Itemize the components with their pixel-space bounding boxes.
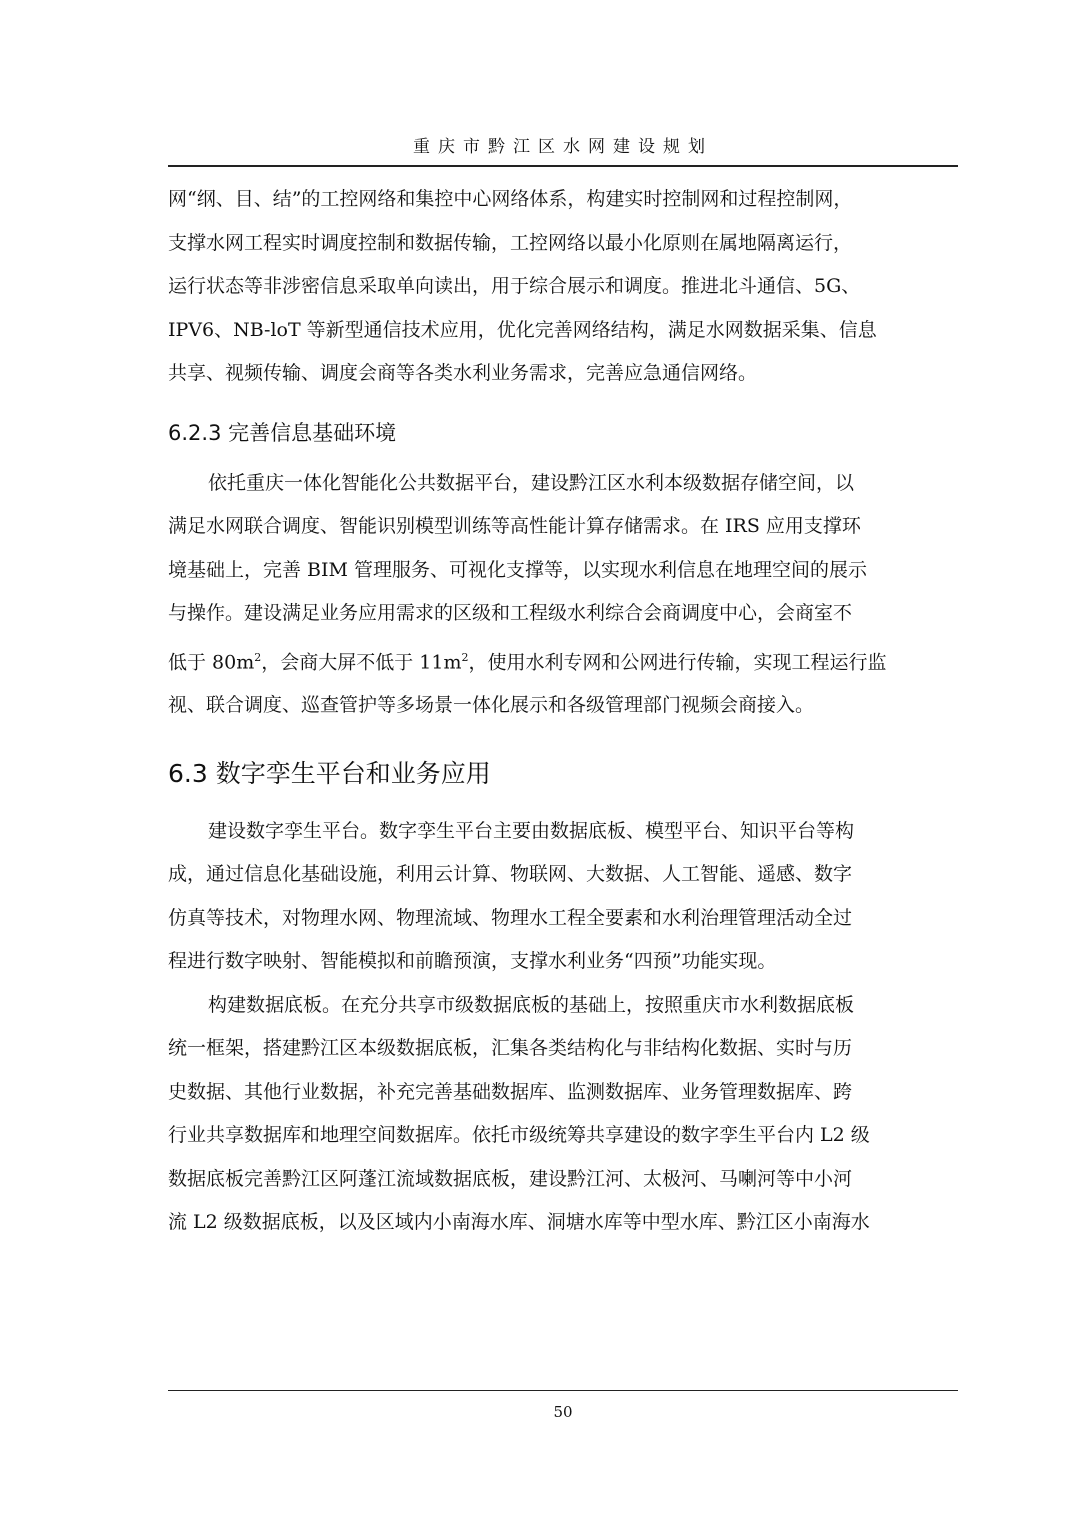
- text-line: 统一框架，搭建黔江区本级数据底板，汇集各类结构化与非结构化数据、实时与历: [168, 1027, 958, 1071]
- text-line: 行业共享数据库和地理空间数据库。依托市级统筹共享建设的数字孪生平台内 L2 级: [168, 1114, 958, 1158]
- text-fragment: ，使用水利专网和公网进行传输，实现工程运行监: [468, 651, 886, 673]
- text-line: 网“纲、目、结”的工控网络和集控中心网络体系，构建实时控制网和过程控制网，: [168, 178, 958, 222]
- paragraph-info-environment: 依托重庆一体化智能化公共数据平台，建设黔江区水利本级数据存储空间，以 满足水网联…: [168, 462, 958, 728]
- text-line: 支撑水网工程实时调度控制和数据传输，工控网络以最小化原则在属地隔离运行，: [168, 222, 958, 266]
- paragraph-digital-twin-platform: 建设数字孪生平台。数字孪生平台主要由数据底板、模型平台、知识平台等构 成，通过信…: [168, 810, 958, 984]
- text-line: 数据底板完善黔江区阿蓬江流域数据底板，建设黔江河、太极河、马喇河等中小河: [168, 1158, 958, 1202]
- text-line: 依托重庆一体化智能化公共数据平台，建设黔江区水利本级数据存储空间，以: [168, 462, 958, 506]
- running-header-title: 重庆市黔江区水网建设规划: [168, 132, 958, 157]
- text-line: 运行状态等非涉密信息采取单向读出，用于综合展示和调度。推进北斗通信、5G、: [168, 265, 958, 309]
- text-line: 低于 80m2，会商大屏不低于 11m2，使用水利专网和公网进行传输，实现工程运…: [168, 636, 958, 685]
- text-line: 流 L2 级数据底板，以及区域内小南海水库、洞塘水库等中型水库、黔江区小南海水: [168, 1201, 958, 1245]
- text-line: 视、联合调度、巡查管护等多场景一体化展示和各级管理部门视频会商接入。: [168, 684, 958, 728]
- section-heading-6-2-3: 6.2.3 完善信息基础环境: [168, 412, 958, 454]
- text-line: 建设数字孪生平台。数字孪生平台主要由数据底板、模型平台、知识平台等构: [168, 810, 958, 854]
- footer-divider: [168, 1390, 958, 1391]
- text-line: 仿真等技术，对物理水网、物理流域、物理水工程全要素和水利治理管理活动全过: [168, 897, 958, 941]
- text-line: 与操作。建设满足业务应用需求的区级和工程级水利综合会商调度中心，会商室不: [168, 592, 958, 636]
- text-fragment: ，会商大屏不低于 11m: [261, 651, 461, 673]
- page-body: 网“纲、目、结”的工控网络和集控中心网络体系，构建实时控制网和过程控制网， 支撑…: [168, 178, 958, 1245]
- text-line: IPV6、NB-loT 等新型通信技术应用，优化完善网络结构，满足水网数据采集、…: [168, 309, 958, 353]
- text-line: 满足水网联合调度、智能识别模型训练等高性能计算存储需求。在 IRS 应用支撑环: [168, 505, 958, 549]
- text-line: 境基础上，完善 BIM 管理服务、可视化支撑等，以实现水利信息在地理空间的展示: [168, 549, 958, 593]
- section-heading-6-3: 6.3 数字孪生平台和业务应用: [168, 750, 958, 798]
- paragraph-data-board: 构建数据底板。在充分共享市级数据底板的基础上，按照重庆市水利数据底板 统一框架，…: [168, 984, 958, 1245]
- text-line: 成，通过信息化基础设施，利用云计算、物联网、大数据、人工智能、遥感、数字: [168, 853, 958, 897]
- paragraph-network: 网“纲、目、结”的工控网络和集控中心网络体系，构建实时控制网和过程控制网， 支撑…: [168, 178, 958, 396]
- text-line: 构建数据底板。在充分共享市级数据底板的基础上，按照重庆市水利数据底板: [168, 984, 958, 1028]
- header-divider: [168, 165, 958, 167]
- text-line: 史数据、其他行业数据，补充完善基础数据库、监测数据库、业务管理数据库、跨: [168, 1071, 958, 1115]
- text-fragment: 低于 80m: [168, 651, 254, 673]
- text-line: 程进行数字映射、智能模拟和前瞻预演，支撑水利业务“四预”功能实现。: [168, 940, 958, 984]
- page-number: 50: [168, 1403, 958, 1421]
- text-line: 共享、视频传输、调度会商等各类水利业务需求，完善应急通信网络。: [168, 352, 958, 396]
